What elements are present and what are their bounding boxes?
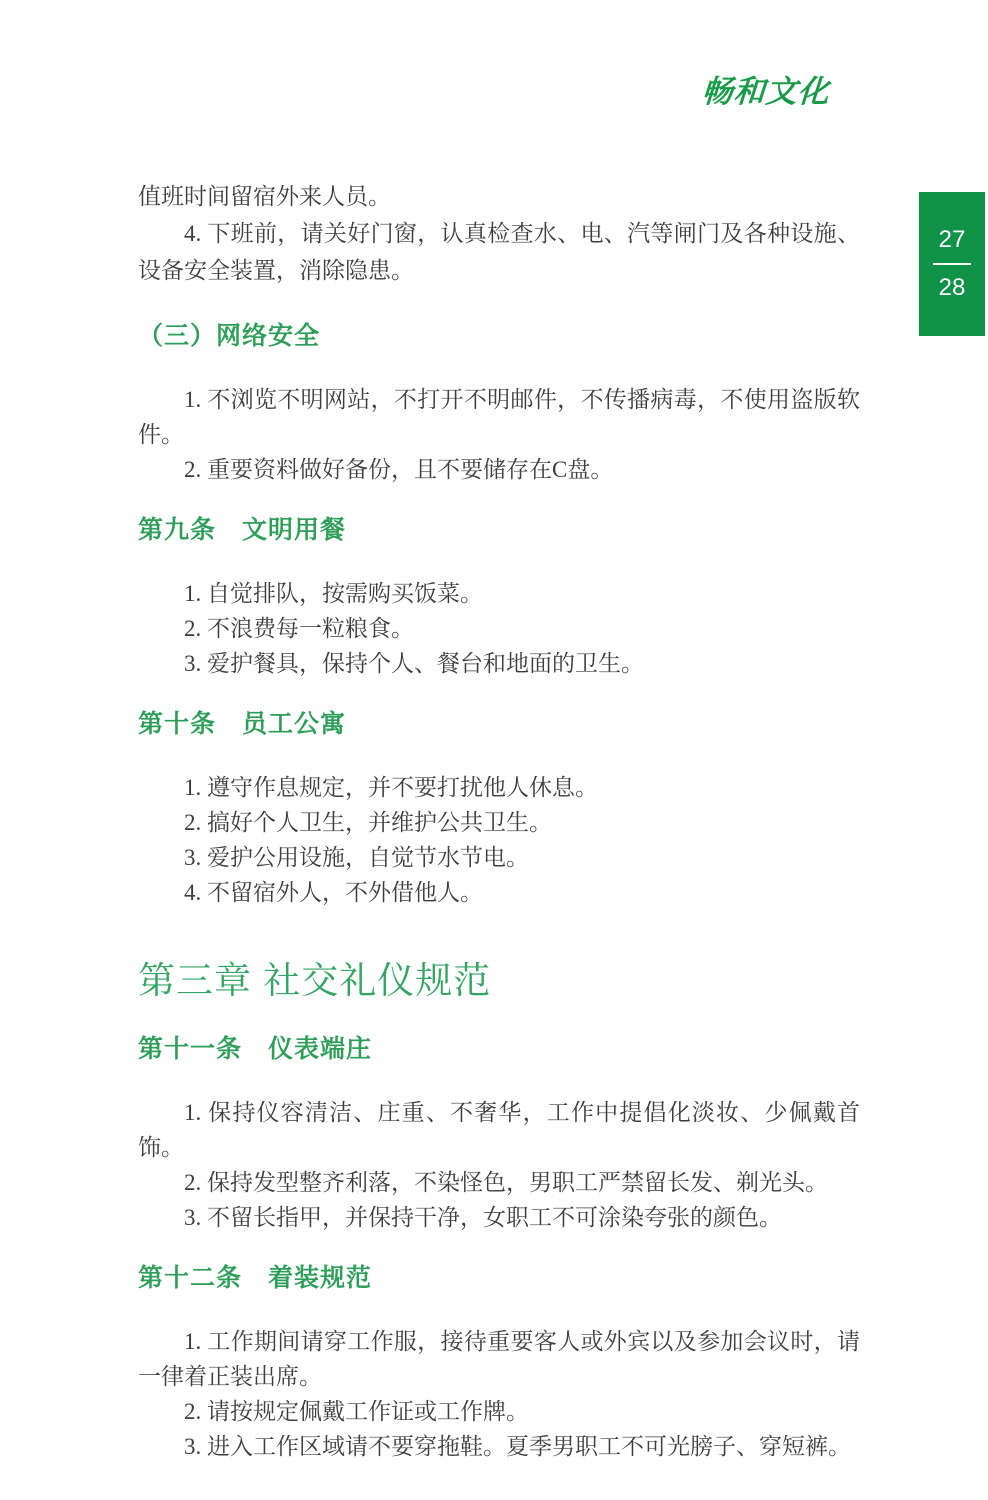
rule-item: 3. 爱护餐具，保持个人、餐台和地面的卫生。 bbox=[138, 646, 860, 681]
rule-item: 2. 搞好个人卫生，并维护公共卫生。 bbox=[138, 805, 860, 840]
rule-item: 1. 自觉排队，按需购买饭菜。 bbox=[138, 576, 860, 611]
rule-item: 2. 不浪费每一粒粮食。 bbox=[138, 611, 860, 646]
rule-item: 2. 保持发型整齐利落，不染怪色，男职工严禁留长发、剃光头。 bbox=[138, 1165, 860, 1200]
rule-list-appearance: 1. 保持仪容清洁、庄重、不奢华，工作中提倡化淡妆、少佩戴首饰。 2. 保持发型… bbox=[138, 1095, 860, 1235]
rule-item: 4. 下班前，请关好门窗，认真检查水、电、汽等闸门及各种设施、设备安全装置，消除… bbox=[138, 215, 860, 289]
chapter-title-social-etiquette: 第三章 社交礼仪规范 bbox=[138, 956, 860, 1006]
section-heading-article11-appearance: 第十一条 仪表端庄 bbox=[138, 1032, 860, 1067]
paragraph-continuation: 值班时间留宿外来人员。 bbox=[138, 178, 860, 215]
page-number-tab: 27 28 bbox=[919, 192, 985, 336]
rule-list-dresscode: 1. 工作期间请穿工作服，接待重要客人或外宾以及参加会议时，请一律着正装出席。 … bbox=[138, 1324, 860, 1464]
document-body: 值班时间留宿外来人员。 4. 下班前，请关好门窗，认真检查水、电、汽等闸门及各种… bbox=[138, 0, 860, 1464]
rule-item: 4. 不留宿外人，不外借他人。 bbox=[138, 875, 860, 910]
page-number-top: 27 bbox=[939, 228, 966, 252]
section-heading-article12-dresscode: 第十二条 着装规范 bbox=[138, 1261, 860, 1296]
section-heading-article10-apartment: 第十条 员工公寓 bbox=[138, 707, 860, 742]
rule-list-network-safety: 1. 不浏览不明网站，不打开不明邮件，不传播病毒，不使用盗版软件。 2. 重要资… bbox=[138, 382, 860, 487]
rule-item: 3. 进入工作区域请不要穿拖鞋。夏季男职工不可光膀子、穿短裤。 bbox=[138, 1429, 860, 1464]
rule-list-apartment: 1. 遵守作息规定，并不要打扰他人休息。 2. 搞好个人卫生，并维护公共卫生。 … bbox=[138, 770, 860, 910]
subsection-heading-network-safety: （三）网络安全 bbox=[138, 319, 860, 354]
rule-list-dining: 1. 自觉排队，按需购买饭菜。 2. 不浪费每一粒粮食。 3. 爱护餐具，保持个… bbox=[138, 576, 860, 681]
rule-item: 1. 不浏览不明网站，不打开不明邮件，不传播病毒，不使用盗版软件。 bbox=[138, 382, 860, 452]
rule-item: 1. 工作期间请穿工作服，接待重要客人或外宾以及参加会议时，请一律着正装出席。 bbox=[138, 1324, 860, 1394]
rule-item: 2. 请按规定佩戴工作证或工作牌。 bbox=[138, 1394, 860, 1429]
section-heading-article9-dining: 第九条 文明用餐 bbox=[138, 513, 860, 548]
page-number-divider bbox=[933, 263, 971, 265]
rule-item: 1. 遵守作息规定，并不要打扰他人休息。 bbox=[138, 770, 860, 805]
rule-item: 3. 爱护公用设施，自觉节水节电。 bbox=[138, 840, 860, 875]
rule-item: 1. 保持仪容清洁、庄重、不奢华，工作中提倡化淡妆、少佩戴首饰。 bbox=[138, 1095, 860, 1165]
rule-item: 3. 不留长指甲，并保持干净，女职工不可涂染夸张的颜色。 bbox=[138, 1200, 860, 1235]
handbook-page: 畅和文化 27 28 值班时间留宿外来人员。 4. 下班前，请关好门窗，认真检查… bbox=[0, 0, 988, 1500]
rule-item: 2. 重要资料做好备份，且不要储存在C盘。 bbox=[138, 452, 860, 487]
page-number-bottom: 28 bbox=[939, 276, 966, 300]
